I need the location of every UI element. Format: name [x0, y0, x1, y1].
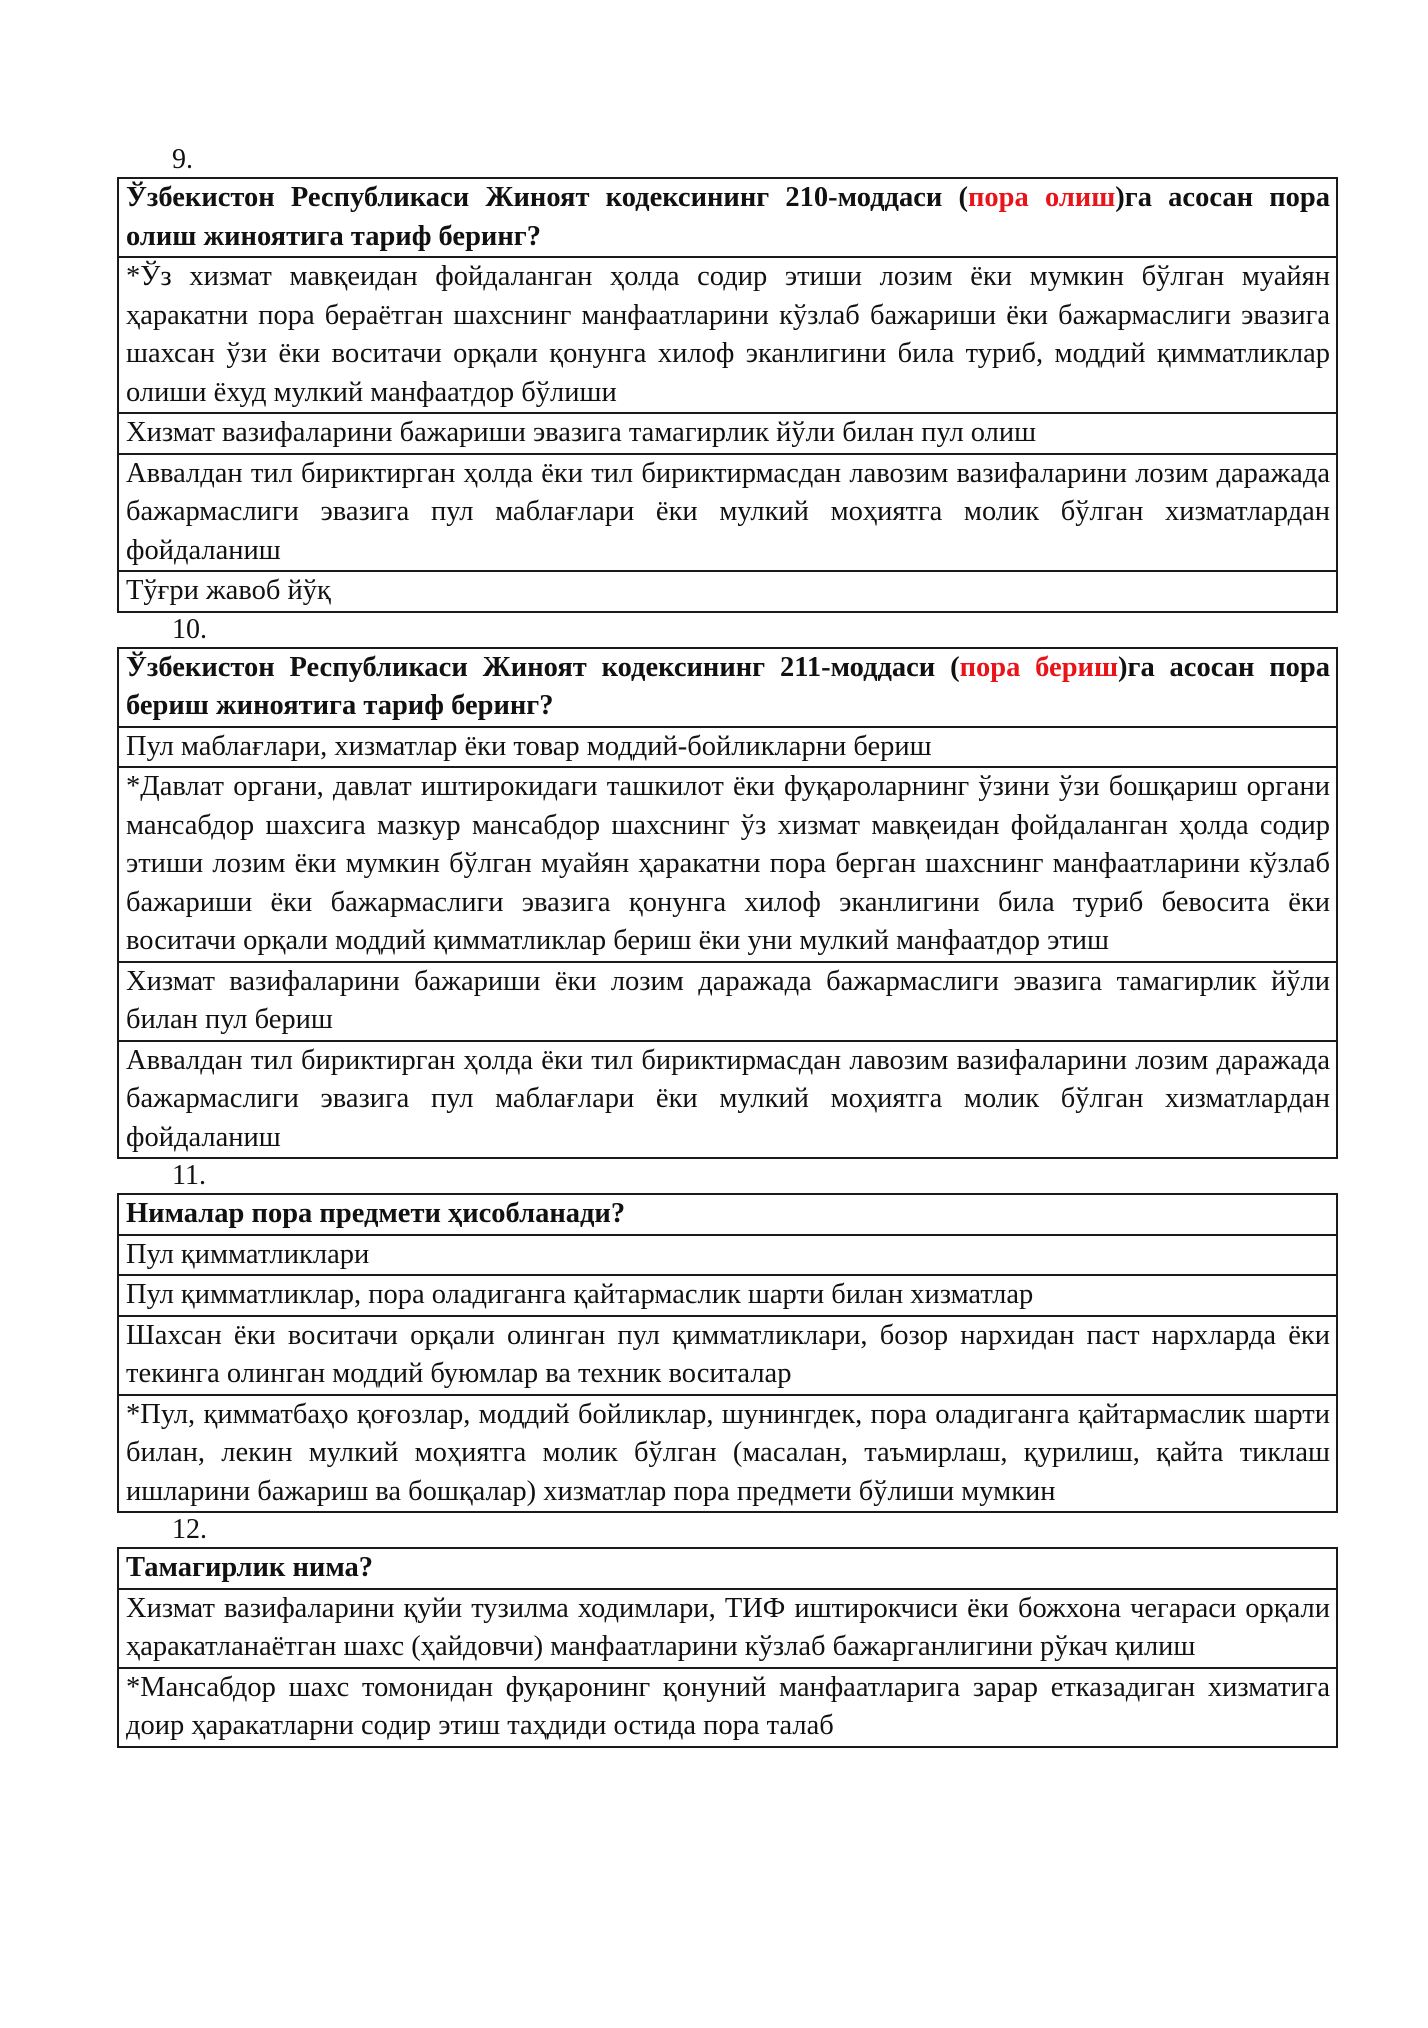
question-highlight: пора олиш	[968, 182, 1115, 213]
question-text: Ўзбекистон Республикаси Жиноят кодексини…	[118, 648, 1337, 727]
answer-row: Хизмат вазифаларини бажариши эвазига там…	[118, 413, 1337, 454]
question-text-part: Ўзбекистон Республикаси Жиноят кодексини…	[126, 652, 960, 683]
question-text: Тамагирлик нима?	[118, 1548, 1337, 1589]
answer-option: Шахсан ёки воситачи орқали олинган пул қ…	[118, 1316, 1337, 1395]
question-row: Ўзбекистон Республикаси Жиноят кодексини…	[118, 178, 1337, 257]
answer-option: *Давлат органи, давлат иштирокидаги ташк…	[118, 767, 1337, 962]
question-row: Ўзбекистон Республикаси Жиноят кодексини…	[118, 648, 1337, 727]
answer-row: Аввалдан тил бириктирган ҳолда ёки тил б…	[118, 454, 1337, 572]
answer-option: Хизмат вазифаларини бажариши эвазига там…	[118, 413, 1337, 454]
question-row: Тамагирлик нима?	[118, 1548, 1337, 1589]
answer-option: Пул маблағлари, хизматлар ёки товар модд…	[118, 727, 1337, 768]
answer-option: Аввалдан тил бириктирган ҳолда ёки тил б…	[118, 454, 1337, 572]
answer-row: *Пул, қимматбаҳо қоғозлар, моддий бойлик…	[118, 1395, 1337, 1513]
document-page: 9. Ўзбекистон Республикаси Жиноят кодекс…	[117, 143, 1338, 1748]
answer-option: Пул қимматликлари	[118, 1235, 1337, 1276]
question-table-10: Ўзбекистон Республикаси Жиноят кодексини…	[117, 647, 1338, 1160]
question-table-11: Нималар пора предмети ҳисобланади? Пул қ…	[117, 1193, 1338, 1513]
answer-row: Хизмат вазифаларини қуйи тузилма ходимла…	[118, 1589, 1337, 1668]
question-table-12: Тамагирлик нима? Хизмат вазифаларини қуй…	[117, 1547, 1338, 1748]
answer-option: Хизмат вазифаларини бажариши ёки лозим д…	[118, 962, 1337, 1041]
question-highlight: пора бериш	[960, 652, 1118, 683]
answer-row: Шахсан ёки воситачи орқали олинган пул қ…	[118, 1316, 1337, 1395]
question-text-part: Ўзбекистон Республикаси Жиноят кодексини…	[126, 182, 968, 213]
answer-row: Пул қимматликлари	[118, 1235, 1337, 1276]
answer-row: *Ўз хизмат мавқеидан фойдаланган ҳолда с…	[118, 257, 1337, 413]
answer-option: *Мансабдор шахс томонидан фуқаронинг қон…	[118, 1668, 1337, 1747]
question-number: 9.	[117, 143, 1338, 177]
question-number: 12.	[117, 1513, 1338, 1547]
question-row: Нималар пора предмети ҳисобланади?	[118, 1194, 1337, 1235]
question-table-9: Ўзбекистон Республикаси Жиноят кодексини…	[117, 177, 1338, 613]
answer-option: Хизмат вазифаларини қуйи тузилма ходимла…	[118, 1589, 1337, 1668]
answer-row: Аввалдан тил бириктирган ҳолда ёки тил б…	[118, 1041, 1337, 1159]
answer-row: Пул маблағлари, хизматлар ёки товар модд…	[118, 727, 1337, 768]
answer-option: *Пул, қимматбаҳо қоғозлар, моддий бойлик…	[118, 1395, 1337, 1513]
answer-option: *Ўз хизмат мавқеидан фойдаланган ҳолда с…	[118, 257, 1337, 413]
answer-row: *Мансабдор шахс томонидан фуқаронинг қон…	[118, 1668, 1337, 1747]
question-text: Ўзбекистон Республикаси Жиноят кодексини…	[118, 178, 1337, 257]
answer-option: Тўғри жавоб йўқ	[118, 571, 1337, 612]
answer-option: Пул қимматликлар, пора оладиганга қайтар…	[118, 1275, 1337, 1316]
answer-row: Хизмат вазифаларини бажариши ёки лозим д…	[118, 962, 1337, 1041]
question-number: 10.	[117, 613, 1338, 647]
answer-option: Аввалдан тил бириктирган ҳолда ёки тил б…	[118, 1041, 1337, 1159]
answer-row: *Давлат органи, давлат иштирокидаги ташк…	[118, 767, 1337, 962]
answer-row: Тўғри жавоб йўқ	[118, 571, 1337, 612]
question-number: 11.	[117, 1159, 1338, 1193]
question-text: Нималар пора предмети ҳисобланади?	[118, 1194, 1337, 1235]
answer-row: Пул қимматликлар, пора оладиганга қайтар…	[118, 1275, 1337, 1316]
